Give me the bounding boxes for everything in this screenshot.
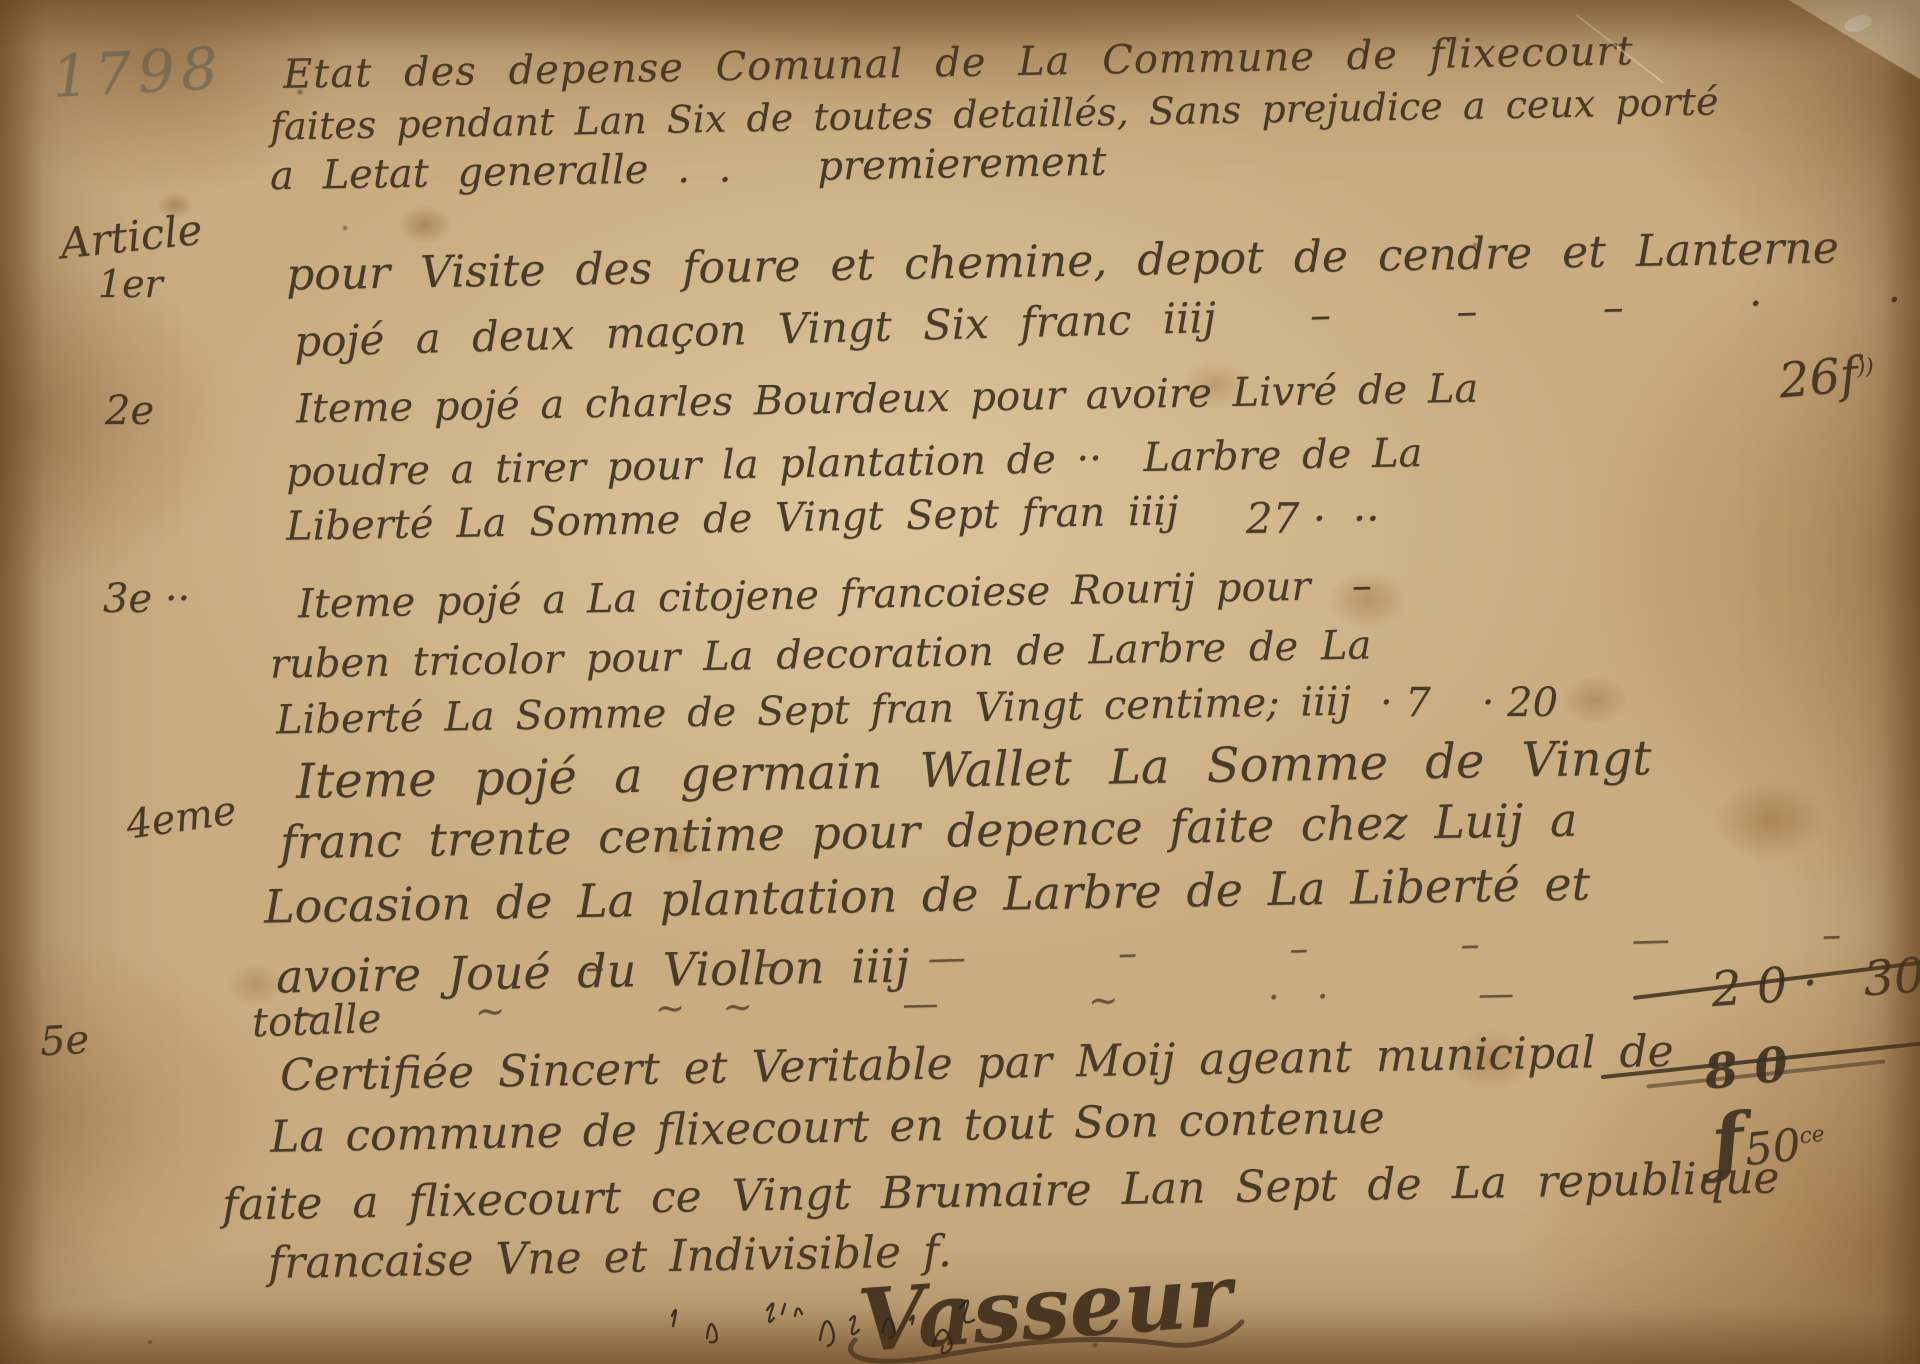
certification-line-1: Certifiée Sincert et Veritable par Moij …	[280, 1026, 1674, 1101]
article-2-number: 2e	[105, 388, 154, 434]
article-2-line-3: Liberté La Somme de Vingt Sept fran iiij	[286, 488, 1179, 550]
article-3-number: 3e ··	[103, 576, 190, 622]
article-3-line-3: Liberté La Somme de Sept fran Vingt cent…	[276, 679, 1352, 744]
article-2-line-2: poudre a tirer pour la plantation de ·· …	[286, 430, 1423, 496]
certification-line-2: La commune de flixecourt en tout Son con…	[270, 1092, 1385, 1162]
article-4-line-3: Locasion de La plantation de Larbre de L…	[264, 856, 1591, 933]
article-2-line-1: Iteme pojé a charles Bourdeux pour avoir…	[296, 366, 1479, 433]
article-1-amount: 26f))	[1711, 289, 1882, 470]
header-line-3: a Letat generalle . . premierement	[270, 139, 1107, 200]
article-4-number: 4eme	[123, 788, 239, 849]
article-2-amount: 27 · ··	[1246, 494, 1380, 543]
total-label: totalle	[251, 996, 382, 1046]
ink-scratches-icon	[655, 1280, 995, 1364]
total-amount: 8 0 ƒ50ce	[1635, 978, 1834, 1249]
manuscript-page: 1798 Etat des depense Comunal de La Comm…	[0, 0, 1920, 1364]
total-francs: 8 0	[1702, 1036, 1791, 1100]
article-5-number: 5e	[39, 1017, 90, 1066]
pencil-year: 1798	[50, 34, 225, 111]
certification-line-3: faite a flixecourt ce Vingt Brumaire Lan…	[222, 1152, 1780, 1230]
article-3-line-2: ruben tricolor pour La decoration de Lar…	[270, 622, 1372, 687]
article-1-amount-value: 26f	[1777, 347, 1860, 410]
article-3-amount: · 7 · 20	[1380, 680, 1558, 726]
total-sup: ce	[1798, 1122, 1825, 1149]
article-1-label: Article	[58, 205, 205, 269]
article-1-amount-mark: ))	[1856, 354, 1875, 380]
corner-tear	[1760, 0, 1920, 86]
article-1-number: 1er	[98, 262, 163, 306]
article-3-line-1: Iteme pojé a La citojene francoiese Rour…	[298, 563, 1373, 628]
